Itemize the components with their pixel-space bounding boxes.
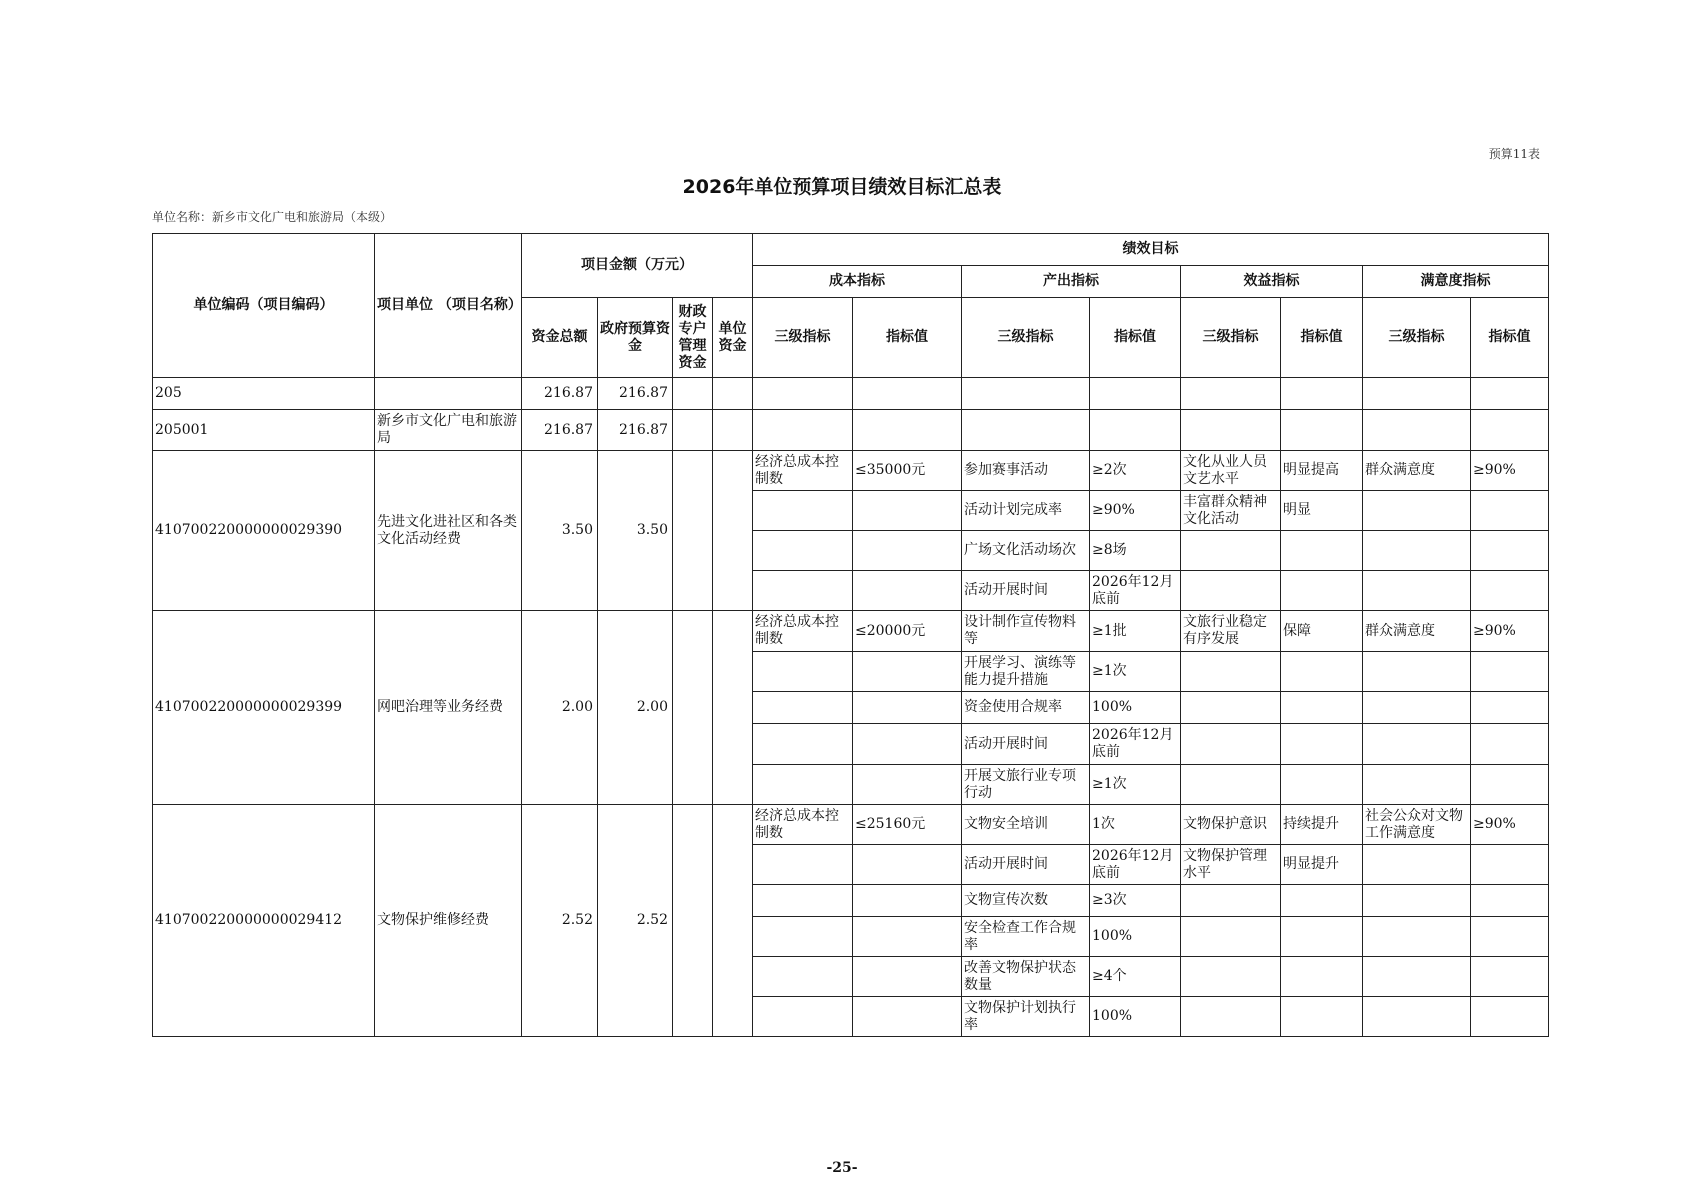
output-indicator: 广场文化活动场次 xyxy=(962,531,1090,571)
header-satisfaction-group: 满意度指标 xyxy=(1363,266,1549,298)
empty-cell xyxy=(853,378,962,410)
header-output-group: 产出指标 xyxy=(962,266,1181,298)
cost-value xyxy=(853,765,962,805)
empty-cell xyxy=(962,378,1090,410)
benefit-value xyxy=(1281,652,1363,692)
empty-cell xyxy=(962,410,1090,451)
satisfaction-value xyxy=(1471,845,1549,885)
satisfaction-indicator xyxy=(1363,957,1471,997)
cost-value: ≤35000元 xyxy=(853,451,962,491)
header-cost-group: 成本指标 xyxy=(753,266,962,298)
satisfaction-value: ≥90% xyxy=(1471,451,1549,491)
project-gov-budget: 2.00 xyxy=(598,611,673,805)
cost-value xyxy=(853,885,962,917)
empty-cell xyxy=(1363,410,1471,451)
project-indicator-row: 410700220000000029390先进文化进社区和各类文化活动经费3.5… xyxy=(153,451,1549,491)
output-indicator: 文物保护计划执行率 xyxy=(962,997,1090,1037)
page-number: -25- xyxy=(0,1160,1684,1176)
header-benefit-level3: 三级指标 xyxy=(1181,298,1281,378)
satisfaction-indicator xyxy=(1363,531,1471,571)
output-value: 100% xyxy=(1090,692,1181,724)
benefit-indicator xyxy=(1181,571,1281,611)
header-unit-fund: 单位资金 xyxy=(713,298,753,378)
gov-budget-amount: 216.87 xyxy=(598,410,673,451)
output-indicator: 开展文旅行业专项行动 xyxy=(962,765,1090,805)
summary-row: 205001新乡市文化广电和旅游局216.87216.87 xyxy=(153,410,1549,451)
satisfaction-value xyxy=(1471,652,1549,692)
project-indicator-row: 410700220000000029399网吧治理等业务经费2.002.00经济… xyxy=(153,611,1549,652)
project-code: 410700220000000029399 xyxy=(153,611,375,805)
output-indicator: 活动开展时间 xyxy=(962,571,1090,611)
cost-value xyxy=(853,845,962,885)
header-benefit-group: 效益指标 xyxy=(1181,266,1363,298)
benefit-indicator xyxy=(1181,724,1281,765)
unit-name: 新乡市文化广电和旅游局 xyxy=(375,410,522,451)
cost-indicator xyxy=(753,652,853,692)
satisfaction-value: ≥90% xyxy=(1471,805,1549,845)
benefit-indicator xyxy=(1181,692,1281,724)
satisfaction-indicator xyxy=(1363,491,1471,531)
satisfaction-value: ≥90% xyxy=(1471,611,1549,652)
satisfaction-indicator xyxy=(1363,652,1471,692)
satisfaction-value xyxy=(1471,692,1549,724)
header-output-value: 指标值 xyxy=(1090,298,1181,378)
cost-indicator xyxy=(753,917,853,957)
satisfaction-value xyxy=(1471,997,1549,1037)
satisfaction-value xyxy=(1471,531,1549,571)
empty-cell xyxy=(1471,410,1549,451)
output-value: 100% xyxy=(1090,997,1181,1037)
summary-row: 205216.87216.87 xyxy=(153,378,1549,410)
total-amount: 216.87 xyxy=(522,378,598,410)
header-gov-budget: 政府预算资金 xyxy=(598,298,673,378)
output-value: ≥1次 xyxy=(1090,652,1181,692)
empty-cell xyxy=(753,378,853,410)
satisfaction-indicator xyxy=(1363,885,1471,917)
satisfaction-indicator xyxy=(1363,692,1471,724)
cost-indicator: 经济总成本控制数 xyxy=(753,451,853,491)
satisfaction-indicator xyxy=(1363,765,1471,805)
output-indicator: 资金使用合规率 xyxy=(962,692,1090,724)
satisfaction-value xyxy=(1471,957,1549,997)
cost-value xyxy=(853,724,962,765)
total-amount: 216.87 xyxy=(522,410,598,451)
project-indicator-row: 410700220000000029412文物保护维修经费2.522.52经济总… xyxy=(153,805,1549,845)
benefit-value xyxy=(1281,885,1363,917)
benefit-value xyxy=(1281,531,1363,571)
benefit-value: 明显提升 xyxy=(1281,845,1363,885)
benefit-value: 保障 xyxy=(1281,611,1363,652)
benefit-value xyxy=(1281,571,1363,611)
cost-indicator: 经济总成本控制数 xyxy=(753,805,853,845)
satisfaction-indicator xyxy=(1363,845,1471,885)
project-unit-fund xyxy=(713,805,753,1037)
cost-indicator xyxy=(753,765,853,805)
output-value: 100% xyxy=(1090,917,1181,957)
benefit-indicator: 文旅行业稳定有序发展 xyxy=(1181,611,1281,652)
output-value: 2026年12月底前 xyxy=(1090,845,1181,885)
output-indicator: 参加赛事活动 xyxy=(962,451,1090,491)
performance-goals-table: 单位编码（项目编码） 项目单位 （项目名称） 项目金额（万元） 绩效目标 成本指… xyxy=(152,233,1549,1037)
header-amount-group: 项目金额（万元） xyxy=(522,234,753,298)
output-value: ≥90% xyxy=(1090,491,1181,531)
output-indicator: 安全检查工作合规率 xyxy=(962,917,1090,957)
project-special-fund xyxy=(673,611,713,805)
project-name: 先进文化进社区和各类文化活动经费 xyxy=(375,451,522,611)
form-number: 预算11表 xyxy=(1440,145,1540,162)
output-value: ≥3次 xyxy=(1090,885,1181,917)
cost-value: ≤20000元 xyxy=(853,611,962,652)
output-indicator: 文物安全培训 xyxy=(962,805,1090,845)
project-special-fund xyxy=(673,805,713,1037)
project-total: 2.52 xyxy=(522,805,598,1037)
cost-value xyxy=(853,652,962,692)
benefit-value xyxy=(1281,724,1363,765)
project-gov-budget: 2.52 xyxy=(598,805,673,1037)
cost-value xyxy=(853,997,962,1037)
header-special-fund: 财政专户管理资金 xyxy=(673,298,713,378)
unit-code: 205 xyxy=(153,378,375,410)
cost-indicator xyxy=(753,724,853,765)
project-name: 文物保护维修经费 xyxy=(375,805,522,1037)
satisfaction-value xyxy=(1471,724,1549,765)
output-value: ≥8场 xyxy=(1090,531,1181,571)
cost-indicator xyxy=(753,885,853,917)
satisfaction-value xyxy=(1471,491,1549,531)
benefit-indicator: 丰富群众精神文化活动 xyxy=(1181,491,1281,531)
benefit-indicator xyxy=(1181,885,1281,917)
cost-value xyxy=(853,957,962,997)
header-output-level3: 三级指标 xyxy=(962,298,1090,378)
header-project: 项目单位 （项目名称） xyxy=(375,234,522,378)
benefit-indicator xyxy=(1181,997,1281,1037)
gov-budget-amount: 216.87 xyxy=(598,378,673,410)
project-code: 410700220000000029412 xyxy=(153,805,375,1037)
empty-cell xyxy=(1181,378,1281,410)
unit-name-line: 单位名称：新乡市文化广电和旅游局（本级） xyxy=(152,208,392,225)
benefit-value: 明显 xyxy=(1281,491,1363,531)
output-indicator: 活动开展时间 xyxy=(962,724,1090,765)
satisfaction-indicator xyxy=(1363,997,1471,1037)
header-total: 资金总额 xyxy=(522,298,598,378)
empty-cell xyxy=(713,410,753,451)
project-code: 410700220000000029390 xyxy=(153,451,375,611)
empty-cell xyxy=(1281,378,1363,410)
output-value: ≥1批 xyxy=(1090,611,1181,652)
benefit-value: 持续提升 xyxy=(1281,805,1363,845)
benefit-indicator xyxy=(1181,957,1281,997)
project-total: 3.50 xyxy=(522,451,598,611)
page-title: 2026年单位预算项目绩效目标汇总表 xyxy=(0,172,1684,199)
cost-indicator: 经济总成本控制数 xyxy=(753,611,853,652)
empty-cell xyxy=(1281,410,1363,451)
benefit-value xyxy=(1281,917,1363,957)
satisfaction-indicator: 群众满意度 xyxy=(1363,611,1471,652)
project-unit-fund xyxy=(713,611,753,805)
benefit-value xyxy=(1281,997,1363,1037)
empty-cell xyxy=(853,410,962,451)
empty-cell xyxy=(673,410,713,451)
header-cost-value: 指标值 xyxy=(853,298,962,378)
satisfaction-indicator: 群众满意度 xyxy=(1363,451,1471,491)
header-satisfaction-level3: 三级指标 xyxy=(1363,298,1471,378)
cost-value xyxy=(853,571,962,611)
unit-name xyxy=(375,378,522,410)
header-code: 单位编码（项目编码） xyxy=(153,234,375,378)
empty-cell xyxy=(1090,378,1181,410)
benefit-indicator xyxy=(1181,652,1281,692)
benefit-indicator: 文化从业人员文艺水平 xyxy=(1181,451,1281,491)
benefit-indicator xyxy=(1181,917,1281,957)
empty-cell xyxy=(1363,378,1471,410)
cost-indicator xyxy=(753,997,853,1037)
cost-value xyxy=(853,491,962,531)
cost-value xyxy=(853,917,962,957)
satisfaction-value xyxy=(1471,765,1549,805)
satisfaction-indicator: 社会公众对文物工作满意度 xyxy=(1363,805,1471,845)
header-cost-level3: 三级指标 xyxy=(753,298,853,378)
output-indicator: 设计制作宣传物料等 xyxy=(962,611,1090,652)
output-indicator: 开展学习、演练等能力提升措施 xyxy=(962,652,1090,692)
cost-indicator xyxy=(753,491,853,531)
output-value: ≥4个 xyxy=(1090,957,1181,997)
cost-value xyxy=(853,531,962,571)
output-indicator: 改善文物保护状态数量 xyxy=(962,957,1090,997)
benefit-value: 明显提高 xyxy=(1281,451,1363,491)
benefit-indicator xyxy=(1181,765,1281,805)
cost-indicator xyxy=(753,957,853,997)
satisfaction-value xyxy=(1471,885,1549,917)
empty-cell xyxy=(1471,378,1549,410)
output-value: ≥1次 xyxy=(1090,765,1181,805)
empty-cell xyxy=(1090,410,1181,451)
empty-cell xyxy=(713,378,753,410)
cost-value xyxy=(853,692,962,724)
output-value: 2026年12月底前 xyxy=(1090,571,1181,611)
benefit-value xyxy=(1281,692,1363,724)
satisfaction-indicator xyxy=(1363,571,1471,611)
project-total: 2.00 xyxy=(522,611,598,805)
project-gov-budget: 3.50 xyxy=(598,451,673,611)
unit-code: 205001 xyxy=(153,410,375,451)
project-name: 网吧治理等业务经费 xyxy=(375,611,522,805)
satisfaction-value xyxy=(1471,917,1549,957)
header-benefit-value: 指标值 xyxy=(1281,298,1363,378)
empty-cell xyxy=(1181,410,1281,451)
cost-indicator xyxy=(753,845,853,885)
project-special-fund xyxy=(673,451,713,611)
benefit-value xyxy=(1281,957,1363,997)
cost-indicator xyxy=(753,531,853,571)
benefit-indicator xyxy=(1181,531,1281,571)
output-indicator: 活动计划完成率 xyxy=(962,491,1090,531)
satisfaction-value xyxy=(1471,571,1549,611)
benefit-indicator: 文物保护意识 xyxy=(1181,805,1281,845)
empty-cell xyxy=(753,410,853,451)
output-value: 2026年12月底前 xyxy=(1090,724,1181,765)
project-unit-fund xyxy=(713,451,753,611)
header-performance-group: 绩效目标 xyxy=(753,234,1549,266)
output-value: 1次 xyxy=(1090,805,1181,845)
satisfaction-indicator xyxy=(1363,917,1471,957)
empty-cell xyxy=(673,378,713,410)
output-indicator: 活动开展时间 xyxy=(962,845,1090,885)
benefit-value xyxy=(1281,765,1363,805)
output-value: ≥2次 xyxy=(1090,451,1181,491)
cost-value: ≤25160元 xyxy=(853,805,962,845)
cost-indicator xyxy=(753,571,853,611)
benefit-indicator: 文物保护管理水平 xyxy=(1181,845,1281,885)
satisfaction-indicator xyxy=(1363,724,1471,765)
output-indicator: 文物宣传次数 xyxy=(962,885,1090,917)
cost-indicator xyxy=(753,692,853,724)
header-satisfaction-value: 指标值 xyxy=(1471,298,1549,378)
